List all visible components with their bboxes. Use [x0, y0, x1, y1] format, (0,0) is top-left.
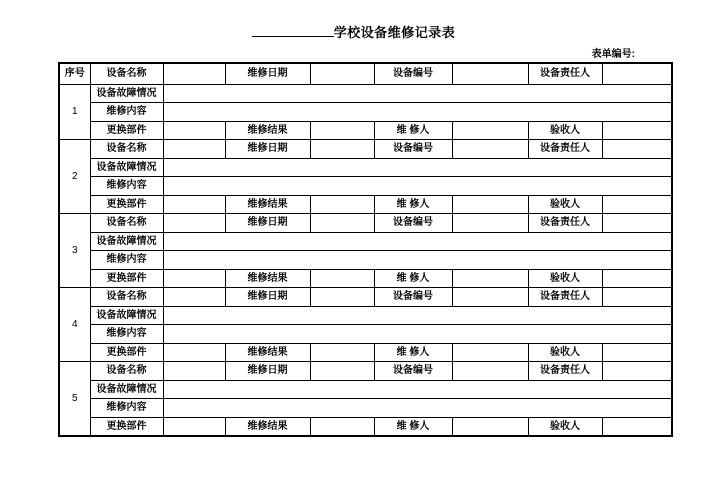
- acceptor-label: 验收人: [528, 269, 602, 288]
- table-row: 序号 设备名称 维修日期 设备编号 设备责任人: [59, 63, 672, 84]
- fault-label: 设备故障情况: [90, 380, 163, 399]
- repair-result-field[interactable]: [310, 417, 374, 436]
- device-no-field[interactable]: [452, 140, 528, 159]
- device-no-field[interactable]: [452, 214, 528, 233]
- repairer-label: 维 修人: [374, 195, 452, 214]
- repair-date-label: 维修日期: [225, 362, 310, 381]
- device-owner-label: 设备责任人: [528, 63, 602, 84]
- table-row: 更换部件 维修结果 维 修人 验收人: [59, 121, 672, 140]
- repairer-field[interactable]: [452, 417, 528, 436]
- repair-result-field[interactable]: [310, 195, 374, 214]
- table-row: 1 设备故障情况: [59, 84, 672, 103]
- table-row: 维修内容: [59, 325, 672, 344]
- table-row: 设备故障情况: [59, 306, 672, 325]
- repairer-field[interactable]: [452, 269, 528, 288]
- repair-content-label: 维修内容: [90, 177, 163, 196]
- seq-number: 3: [59, 214, 90, 288]
- device-owner-label: 设备责任人: [528, 140, 602, 159]
- device-name-label: 设备名称: [90, 214, 163, 233]
- repair-result-field[interactable]: [310, 269, 374, 288]
- repairer-field[interactable]: [452, 343, 528, 362]
- table-row: 维修内容: [59, 399, 672, 418]
- acceptor-field[interactable]: [602, 121, 672, 140]
- page-title-text: 学校设备维修记录表: [334, 25, 456, 40]
- repair-result-field[interactable]: [310, 121, 374, 140]
- page-title: 学校设备维修记录表: [0, 22, 707, 41]
- repairer-label: 维 修人: [374, 417, 452, 436]
- fault-field[interactable]: [163, 232, 672, 251]
- device-name-field[interactable]: [163, 288, 225, 307]
- acceptor-field[interactable]: [602, 417, 672, 436]
- repair-result-field[interactable]: [310, 343, 374, 362]
- acceptor-label: 验收人: [528, 417, 602, 436]
- device-no-field[interactable]: [452, 362, 528, 381]
- replaced-parts-label: 更换部件: [90, 417, 163, 436]
- replaced-parts-label: 更换部件: [90, 343, 163, 362]
- acceptor-label: 验收人: [528, 121, 602, 140]
- repair-date-label: 维修日期: [225, 63, 310, 84]
- table-row: 4 设备名称 维修日期 设备编号 设备责任人: [59, 288, 672, 307]
- device-name-label: 设备名称: [90, 63, 163, 84]
- device-name-label: 设备名称: [90, 288, 163, 307]
- table-row: 设备故障情况: [59, 380, 672, 399]
- table-row: 更换部件 维修结果 维 修人 验收人: [59, 269, 672, 288]
- replaced-parts-label: 更换部件: [90, 121, 163, 140]
- repair-content-field[interactable]: [163, 325, 672, 344]
- seq-number: 5: [59, 362, 90, 436]
- acceptor-field[interactable]: [602, 269, 672, 288]
- repair-content-field[interactable]: [163, 251, 672, 270]
- repair-content-label: 维修内容: [90, 399, 163, 418]
- repair-result-label: 维修结果: [225, 195, 310, 214]
- device-owner-field[interactable]: [602, 288, 672, 307]
- acceptor-field[interactable]: [602, 195, 672, 214]
- repairer-field[interactable]: [452, 121, 528, 140]
- repair-date-label: 维修日期: [225, 140, 310, 159]
- device-owner-label: 设备责任人: [528, 288, 602, 307]
- table-row: 3 设备名称 维修日期 设备编号 设备责任人: [59, 214, 672, 233]
- seq-number: 1: [59, 84, 90, 140]
- repair-content-label: 维修内容: [90, 325, 163, 344]
- acceptor-label: 验收人: [528, 343, 602, 362]
- repair-date-field[interactable]: [310, 214, 374, 233]
- fault-label: 设备故障情况: [90, 84, 163, 103]
- repair-content-field[interactable]: [163, 399, 672, 418]
- device-owner-field[interactable]: [602, 63, 672, 84]
- table-row: 维修内容: [59, 103, 672, 122]
- seq-header: 序号: [59, 63, 90, 84]
- repair-result-label: 维修结果: [225, 269, 310, 288]
- repairer-label: 维 修人: [374, 269, 452, 288]
- device-name-field[interactable]: [163, 362, 225, 381]
- replaced-parts-field[interactable]: [163, 417, 225, 436]
- replaced-parts-field[interactable]: [163, 195, 225, 214]
- device-no-label: 设备编号: [374, 140, 452, 159]
- school-name-blank[interactable]: [252, 24, 334, 37]
- repair-result-label: 维修结果: [225, 121, 310, 140]
- repair-content-field[interactable]: [163, 177, 672, 196]
- table-row: 更换部件 维修结果 维 修人 验收人: [59, 417, 672, 436]
- repair-date-field[interactable]: [310, 362, 374, 381]
- repair-result-label: 维修结果: [225, 417, 310, 436]
- replaced-parts-field[interactable]: [163, 269, 225, 288]
- device-no-label: 设备编号: [374, 63, 452, 84]
- device-no-label: 设备编号: [374, 362, 452, 381]
- table-row: 维修内容: [59, 251, 672, 270]
- fault-label: 设备故障情况: [90, 232, 163, 251]
- device-owner-label: 设备责任人: [528, 362, 602, 381]
- device-no-field[interactable]: [452, 288, 528, 307]
- acceptor-field[interactable]: [602, 343, 672, 362]
- document-page: 学校设备维修记录表 表单编号: 序号 设备名称 维修日期 设备编号 设备责任人 …: [0, 0, 707, 500]
- device-name-label: 设备名称: [90, 362, 163, 381]
- device-name-field[interactable]: [163, 140, 225, 159]
- device-owner-field[interactable]: [602, 140, 672, 159]
- table-row: 2 设备名称 维修日期 设备编号 设备责任人: [59, 140, 672, 159]
- fault-field[interactable]: [163, 380, 672, 399]
- table-row: 更换部件 维修结果 维 修人 验收人: [59, 343, 672, 362]
- repair-content-label: 维修内容: [90, 103, 163, 122]
- fault-label: 设备故障情况: [90, 158, 163, 177]
- repairer-field[interactable]: [452, 195, 528, 214]
- fault-label: 设备故障情况: [90, 306, 163, 325]
- repair-content-field[interactable]: [163, 103, 672, 122]
- device-owner-label: 设备责任人: [528, 214, 602, 233]
- repairer-label: 维 修人: [374, 121, 452, 140]
- replaced-parts-label: 更换部件: [90, 269, 163, 288]
- device-name-field[interactable]: [163, 214, 225, 233]
- device-no-label: 设备编号: [374, 288, 452, 307]
- fault-field[interactable]: [163, 84, 672, 103]
- seq-number: 2: [59, 140, 90, 214]
- device-owner-field[interactable]: [602, 362, 672, 381]
- table-row: 维修内容: [59, 177, 672, 196]
- device-no-field[interactable]: [452, 63, 528, 84]
- table-row: 更换部件 维修结果 维 修人 验收人: [59, 195, 672, 214]
- repair-date-label: 维修日期: [225, 288, 310, 307]
- repair-date-field[interactable]: [310, 140, 374, 159]
- table-row: 5 设备名称 维修日期 设备编号 设备责任人: [59, 362, 672, 381]
- table-row: 设备故障情况: [59, 232, 672, 251]
- seq-number: 4: [59, 288, 90, 362]
- acceptor-label: 验收人: [528, 195, 602, 214]
- replaced-parts-field[interactable]: [163, 121, 225, 140]
- replaced-parts-label: 更换部件: [90, 195, 163, 214]
- device-no-label: 设备编号: [374, 214, 452, 233]
- device-owner-field[interactable]: [602, 214, 672, 233]
- table-row: 设备故障情况: [59, 158, 672, 177]
- device-name-field[interactable]: [163, 63, 225, 84]
- repair-result-label: 维修结果: [225, 343, 310, 362]
- form-number-label: 表单编号:: [592, 45, 635, 60]
- maintenance-record-table: 序号 设备名称 维修日期 设备编号 设备责任人 1 设备故障情况 维修内容 更换…: [58, 62, 673, 437]
- repairer-label: 维 修人: [374, 343, 452, 362]
- repair-date-label: 维修日期: [225, 214, 310, 233]
- fault-field[interactable]: [163, 158, 672, 177]
- fault-field[interactable]: [163, 306, 672, 325]
- repair-date-field[interactable]: [310, 63, 374, 84]
- device-name-label: 设备名称: [90, 140, 163, 159]
- repair-content-label: 维修内容: [90, 251, 163, 270]
- repair-date-field[interactable]: [310, 288, 374, 307]
- replaced-parts-field[interactable]: [163, 343, 225, 362]
